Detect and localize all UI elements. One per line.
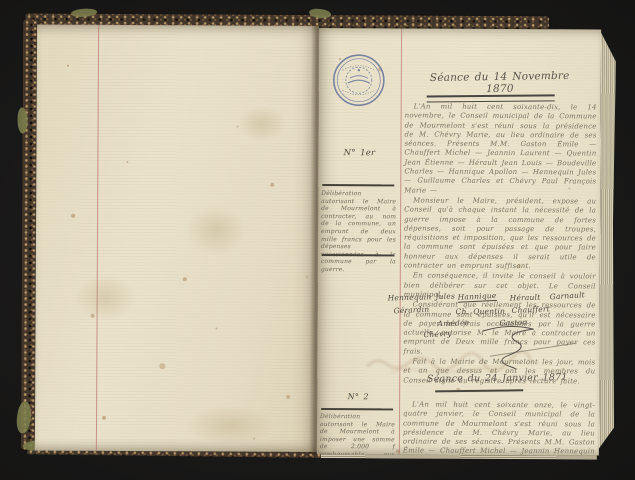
session2-heading: Séance du 24 Janvier 1871 [417, 372, 577, 385]
left-page-blank [35, 25, 319, 452]
signature: Amédée [437, 318, 469, 328]
cover-cloth-tatter [18, 107, 28, 133]
signature: Gérardin [393, 305, 429, 316]
signature: Ch. Quentin [456, 307, 506, 317]
session2-heading-underline [435, 389, 523, 392]
margin-separator-line [322, 184, 394, 186]
municipal-stamp-icon [331, 52, 387, 108]
right-page-margin-rule [399, 28, 402, 454]
session2-margin-number: N° 2 [323, 392, 393, 401]
session1-margin-note: Délibération autorisant le Maire de Mour… [321, 190, 396, 274]
open-register-book: Séance du 14 Novembre 1870 N° 1er Délibé… [21, 11, 615, 460]
archival-photo-background: Séance du 14 Novembre 1870 N° 1er Délibé… [0, 0, 635, 480]
signature: Chauffert [511, 304, 550, 315]
paper-stain [186, 205, 246, 255]
paper-stain [236, 106, 286, 142]
session2-paragraph: L'An mil huit cent soixante onze, le vin… [403, 400, 595, 455]
paper-stain [185, 405, 275, 445]
session1-paragraph: Monsieur le Maire, président, expose au … [404, 196, 596, 271]
session1-paragraph: L'An mil huit cent soixante-dix, le 14 n… [404, 102, 596, 196]
margin-separator-line [321, 408, 393, 410]
session2-margin-note: Délibération autorisant le Maire de Mour… [320, 413, 395, 455]
signature: Chévry [423, 329, 452, 339]
signature: Hannique [457, 291, 496, 303]
signature: Hérault [510, 293, 541, 303]
margin-separator-line [322, 254, 394, 256]
session2-body-text: L'An mil huit cent soixante onze, le vin… [403, 400, 595, 455]
left-page-margin-rule [96, 25, 99, 451]
page-stack-fore-edge [599, 32, 616, 448]
foxing-spots [67, 65, 69, 67]
session1-margin-number: N° 1er [324, 148, 394, 158]
right-page-manuscript: Séance du 14 Novembre 1870 N° 1er Délibé… [317, 28, 601, 455]
session1-heading: Séance du 14 Novembre 1870 [415, 70, 585, 97]
session1-heading-underline [427, 94, 555, 102]
paper-stain [76, 275, 136, 321]
